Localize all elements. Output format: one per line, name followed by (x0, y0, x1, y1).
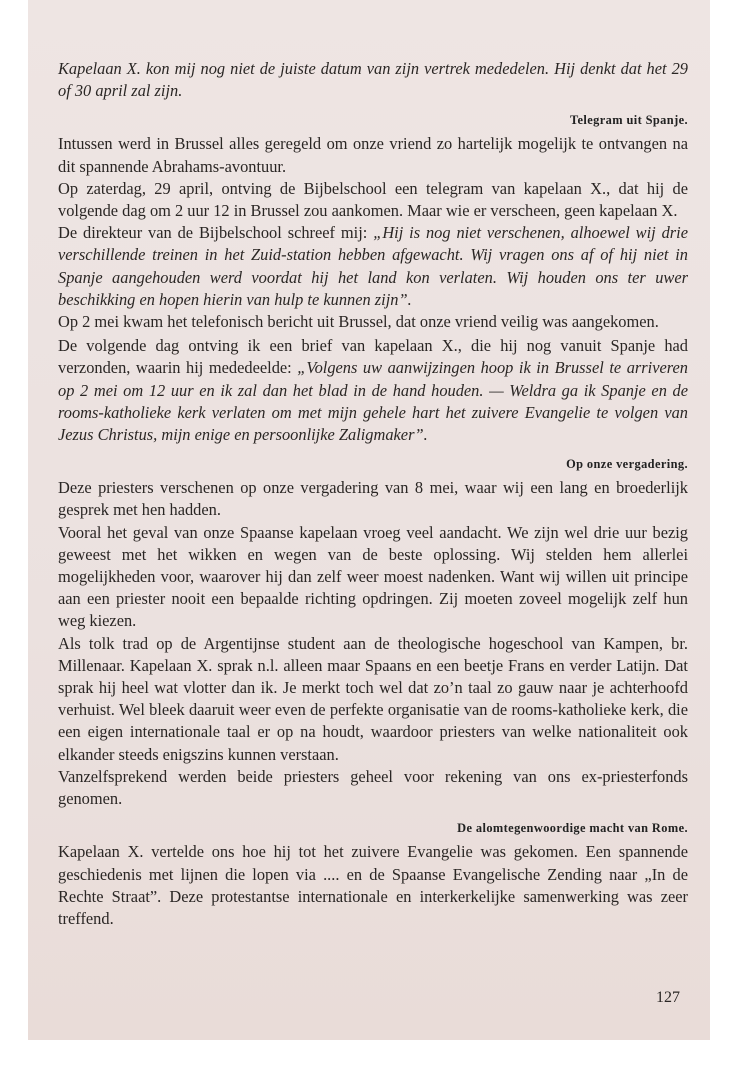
book-page: Kapelaan X. kon mij nog niet de juiste d… (28, 0, 710, 1040)
section-heading-meeting: Op onze vergadering. (58, 453, 688, 475)
paragraph: Kapelaan X. vertelde ons hoe hij tot het… (58, 841, 688, 930)
paragraph: Deze priesters verschenen op onze vergad… (58, 477, 688, 521)
intro-paragraph: Kapelaan X. kon mij nog niet de juiste d… (58, 58, 688, 102)
paragraph: Intussen werd in Brussel alles geregeld … (58, 133, 688, 177)
paragraph-quote: De direkteur van de Bijbelschool schreef… (58, 222, 688, 311)
paragraph-quote: De volgende dag ontving ik een brief van… (58, 335, 688, 446)
paragraph-lead: De direkteur van de Bijbelschool schreef… (58, 223, 373, 242)
paragraph: Vooral het geval van onze Spaanse kapela… (58, 522, 688, 633)
page-body: Kapelaan X. kon mij nog niet de juiste d… (58, 58, 688, 930)
paragraph: Op zaterdag, 29 april, ontving de Bijbel… (58, 178, 688, 222)
section-heading-telegram: Telegram uit Spanje. (58, 109, 688, 131)
paragraph: Als tolk trad op de Argentijnse student … (58, 633, 688, 766)
paragraph: Op 2 mei kwam het telefonisch bericht ui… (58, 311, 688, 333)
page-number: 127 (656, 989, 680, 1007)
paragraph: Vanzelfsprekend werden beide priesters g… (58, 766, 688, 810)
section-heading-rome: De alomtegenwoordige macht van Rome. (58, 817, 688, 839)
